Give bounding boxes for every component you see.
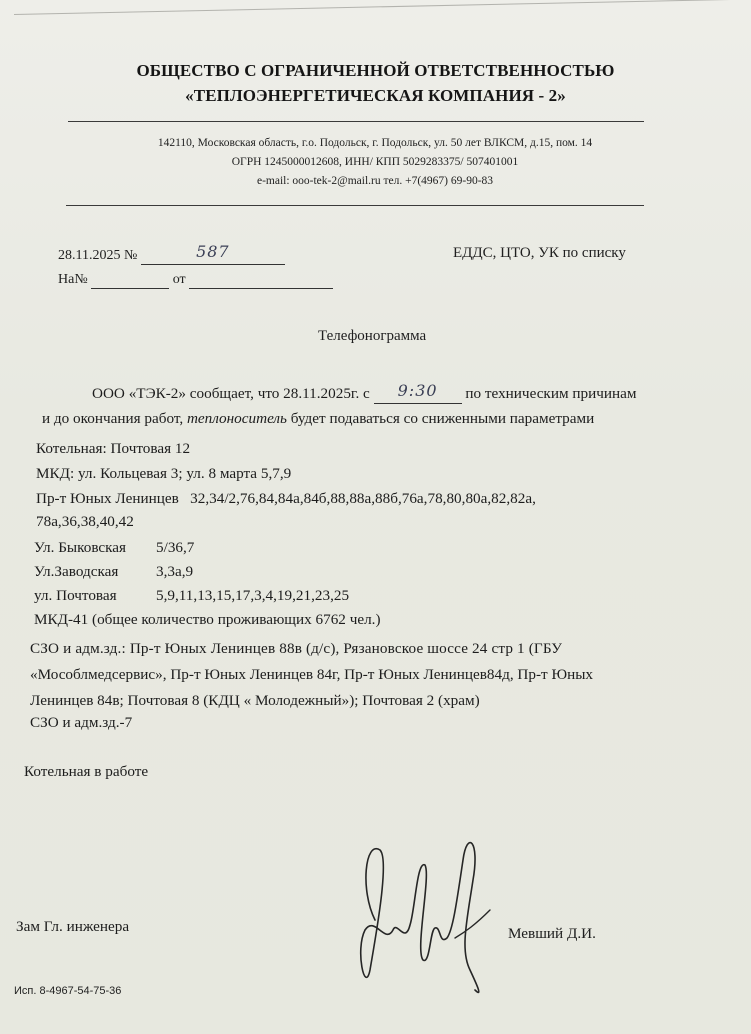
street-houses: 3,3а,9 bbox=[156, 563, 193, 580]
outgoing-date: 28.11.2025 bbox=[58, 248, 120, 263]
szo-line-3: Ленинцев 84в; Почтовая 8 (КДЦ « Молодежн… bbox=[30, 692, 480, 710]
szo-line-1: СЗО и адм.зд.: Пр-т Юных Ленинцев 88в (д… bbox=[30, 640, 562, 658]
incoming-reference: На№ от bbox=[58, 272, 333, 289]
paper-fold-line bbox=[14, 0, 751, 15]
mkd-total: МКД-41 (общее количество проживающих 676… bbox=[34, 611, 381, 629]
street-row: Пр-т Юных Ленинцев 32,34/2,76,84,84а,84б… bbox=[36, 490, 536, 508]
in-reply-label: На№ bbox=[58, 272, 88, 287]
in-reply-number-field bbox=[91, 272, 169, 289]
executor-phone: Исп. 8-4967-54-75-36 bbox=[14, 985, 121, 997]
street-name: ул. Почтовая bbox=[34, 587, 156, 605]
from-label: от bbox=[173, 272, 186, 287]
boiler-status: Котельная в работе bbox=[24, 763, 148, 781]
letterhead-divider-top bbox=[68, 121, 644, 122]
start-time-field: 9:30 bbox=[374, 383, 462, 404]
org-name-line2: «ТЕПЛОЭНЕРГЕТИЧЕСКАЯ КОМПАНИЯ - 2» bbox=[0, 86, 751, 106]
boiler-location: Котельная: Почтовая 12 bbox=[36, 440, 190, 458]
street-row: ул. Почтовая5,9,11,13,15,17,3,4,19,21,23… bbox=[34, 587, 349, 605]
street-houses: 32,34/2,76,84,84а,84б,88,88а,88б,76а,78,… bbox=[190, 490, 536, 507]
street-row-continuation: 78а,36,38,40,42 bbox=[36, 513, 134, 531]
street-name: Ул.Заводская bbox=[34, 563, 156, 581]
heat-carrier-term: теплоноситель bbox=[187, 410, 287, 427]
intro-line2-end: будет подаваться со сниженными параметра… bbox=[291, 410, 594, 427]
document-page: ОБЩЕСТВО С ОГРАНИЧЕННОЙ ОТВЕТСТВЕННОСТЬЮ… bbox=[0, 0, 751, 1034]
outgoing-number-field: 587 bbox=[141, 244, 285, 265]
street-name: Пр-т Юных Ленинцев bbox=[36, 490, 179, 507]
org-name-line1: ОБЩЕСТВО С ОГРАНИЧЕННОЙ ОТВЕТСТВЕННОСТЬЮ bbox=[0, 61, 751, 81]
document-title: Телефонограмма bbox=[318, 328, 426, 345]
intro-text-start: ООО «ТЭК-2» сообщает, что 28.11.2025г. с bbox=[92, 385, 370, 402]
letterhead-divider-bottom bbox=[66, 205, 644, 206]
street-row: Ул. Быковская5/36,7 bbox=[34, 539, 194, 557]
company-address: 142110, Московская область, г.о. Подольс… bbox=[14, 137, 736, 149]
in-reply-date-field bbox=[189, 272, 333, 289]
szo-total: СЗО и адм.зд.-7 bbox=[30, 714, 132, 732]
company-contacts: e-mail: ooo-tek-2@mail.ru тел. +7(4967) … bbox=[14, 175, 736, 187]
handwritten-signature-icon bbox=[335, 820, 495, 1000]
mkd-list: МКД: ул. Кольцевая 3; ул. 8 марта 5,7,9 bbox=[36, 465, 291, 483]
street-row: Ул.Заводская3,3а,9 bbox=[34, 563, 193, 581]
outgoing-reference: 28.11.2025 № 587 bbox=[58, 244, 285, 265]
intro-line-1: ООО «ТЭК-2» сообщает, что 28.11.2025г. с… bbox=[92, 383, 636, 404]
street-name: Ул. Быковская bbox=[34, 539, 156, 557]
outgoing-number-value: 587 bbox=[196, 242, 230, 261]
intro-text-end: по техническим причинам bbox=[465, 385, 636, 402]
intro-line2-start: и до окончания работ, bbox=[42, 410, 183, 427]
number-label: № bbox=[124, 248, 137, 263]
recipient: ЕДДС, ЦТО, УК по списку bbox=[453, 245, 626, 262]
signer-name: Мевший Д.И. bbox=[508, 925, 596, 943]
szo-line-2: «Мособлмедсервис», Пр-т Юных Ленинцев 84… bbox=[30, 666, 593, 684]
street-houses: 5,9,11,13,15,17,3,4,19,21,23,25 bbox=[156, 587, 349, 604]
company-registration: ОГРН 1245000012608, ИНН/ КПП 5029283375/… bbox=[14, 156, 736, 168]
street-houses: 5/36,7 bbox=[156, 539, 194, 556]
intro-line-2: и до окончания работ, теплоноситель буде… bbox=[42, 410, 594, 428]
start-time-value: 9:30 bbox=[398, 381, 438, 400]
signer-position: Зам Гл. инженера bbox=[16, 918, 129, 936]
